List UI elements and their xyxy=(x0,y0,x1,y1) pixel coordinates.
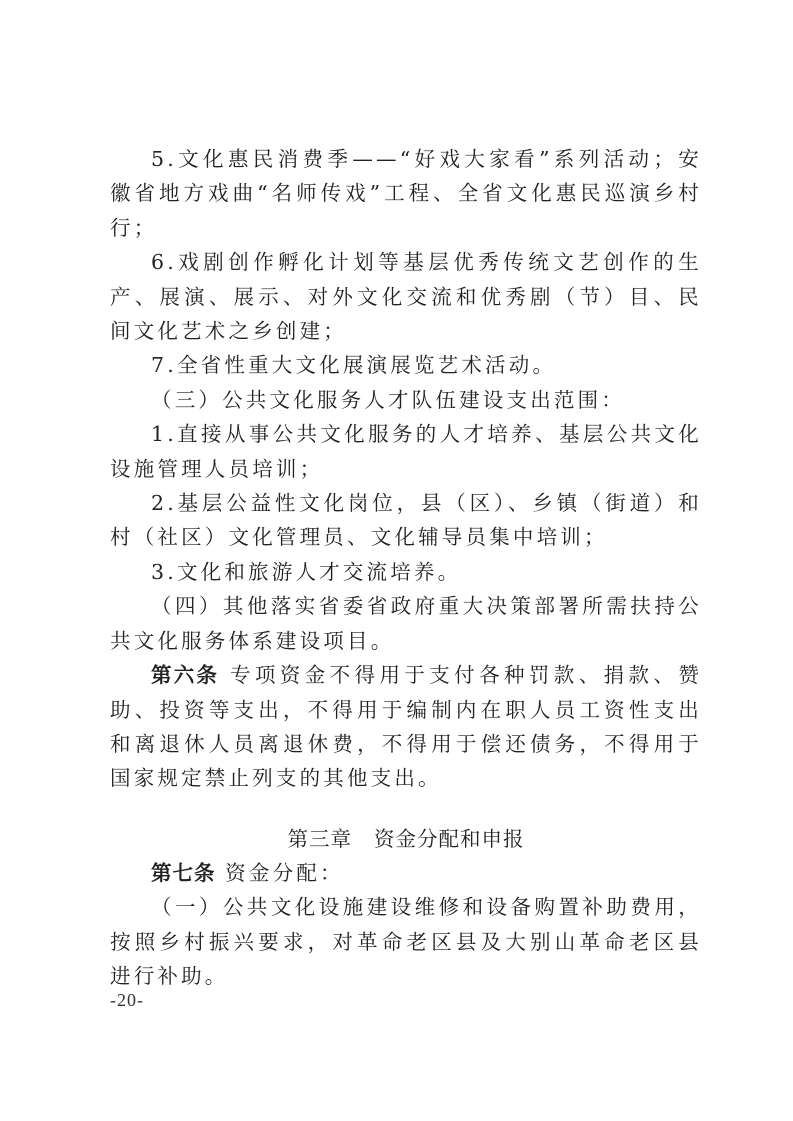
article-lead: 第七条 xyxy=(151,861,216,885)
paragraph-text: 资金分配： xyxy=(216,861,344,885)
article-lead: 第六条 xyxy=(151,663,219,687)
paragraph-item-5: 5.文化惠民消费季——“好戏大家看”系列活动；安徽省地方戏曲“名师传戏”工程、全… xyxy=(110,142,702,245)
paragraph-text: （三）公共文化服务人才队伍建设支出范围： xyxy=(151,388,625,412)
paragraph-section-4: （四）其他落实省委省政府重大决策部署所需扶持公共文化服务体系建设项目。 xyxy=(110,589,702,658)
paragraph-text: （四）其他落实省委省政府重大决策部署所需扶持公共文化服务体系建设项目。 xyxy=(110,594,702,652)
paragraph-item-7: 7.全省性重大文化展演展览艺术活动。 xyxy=(110,348,702,382)
paragraph-text: 7.全省性重大文化展演展览艺术活动。 xyxy=(151,353,556,377)
page-number: -20- xyxy=(110,990,144,1011)
paragraph-item-2: 2.基层公益性文化岗位，县（区）、乡镇（街道）和村（社区）文化管理员、文化辅导员… xyxy=(110,486,702,555)
paragraph-section-1: （一）公共文化设施建设维修和设备购置补助费用，按照乡村振兴要求，对革命老区县及大… xyxy=(110,890,702,993)
paragraph-text: 5.文化惠民消费季——“好戏大家看”系列活动；安徽省地方戏曲“名师传戏”工程、全… xyxy=(110,147,702,240)
chapter-heading: 第三章资金分配和申报 xyxy=(110,822,702,856)
paragraph-text: 1.直接从事公共文化服务的人才培养、基层公共文化设施管理人员培训； xyxy=(110,422,702,480)
paragraph-section-3-heading: （三）公共文化服务人才队伍建设支出范围： xyxy=(110,383,702,417)
body-text: 5.文化惠民消费季——“好戏大家看”系列活动；安徽省地方戏曲“名师传戏”工程、全… xyxy=(110,142,702,796)
paragraph-item-1: 1.直接从事公共文化服务的人才培养、基层公共文化设施管理人员培训； xyxy=(110,417,702,486)
chapter-title: 资金分配和申报 xyxy=(374,827,525,851)
paragraph-text: （一）公共文化设施建设维修和设备购置补助费用，按照乡村振兴要求，对革命老区县及大… xyxy=(110,895,702,988)
paragraph-item-6: 6.戏剧创作孵化计划等基层优秀传统文艺创作的生产、展演、展示、对外文化交流和优秀… xyxy=(110,245,702,348)
document-page: 5.文化惠民消费季——“好戏大家看”系列活动；安徽省地方戏曲“名师传戏”工程、全… xyxy=(0,0,793,1121)
paragraph-text: 2.基层公益性文化岗位，县（区）、乡镇（街道）和村（社区）文化管理员、文化辅导员… xyxy=(110,491,702,549)
paragraph-item-3: 3.文化和旅游人才交流培养。 xyxy=(110,555,702,589)
paragraph-text: 6.戏剧创作孵化计划等基层优秀传统文艺创作的生产、展演、展示、对外文化交流和优秀… xyxy=(110,250,702,343)
article-6: 第六条 专项资金不得用于支付各种罚款、捐款、赞助、投资等支出，不得用于编制内在职… xyxy=(110,658,702,796)
article-7: 第七条 资金分配： xyxy=(110,856,702,890)
chapter-body-text: 第七条 资金分配： （一）公共文化设施建设维修和设备购置补助费用，按照乡村振兴要… xyxy=(110,856,702,994)
paragraph-text: 3.文化和旅游人才交流培养。 xyxy=(151,560,461,584)
chapter-number: 第三章 xyxy=(288,827,353,851)
